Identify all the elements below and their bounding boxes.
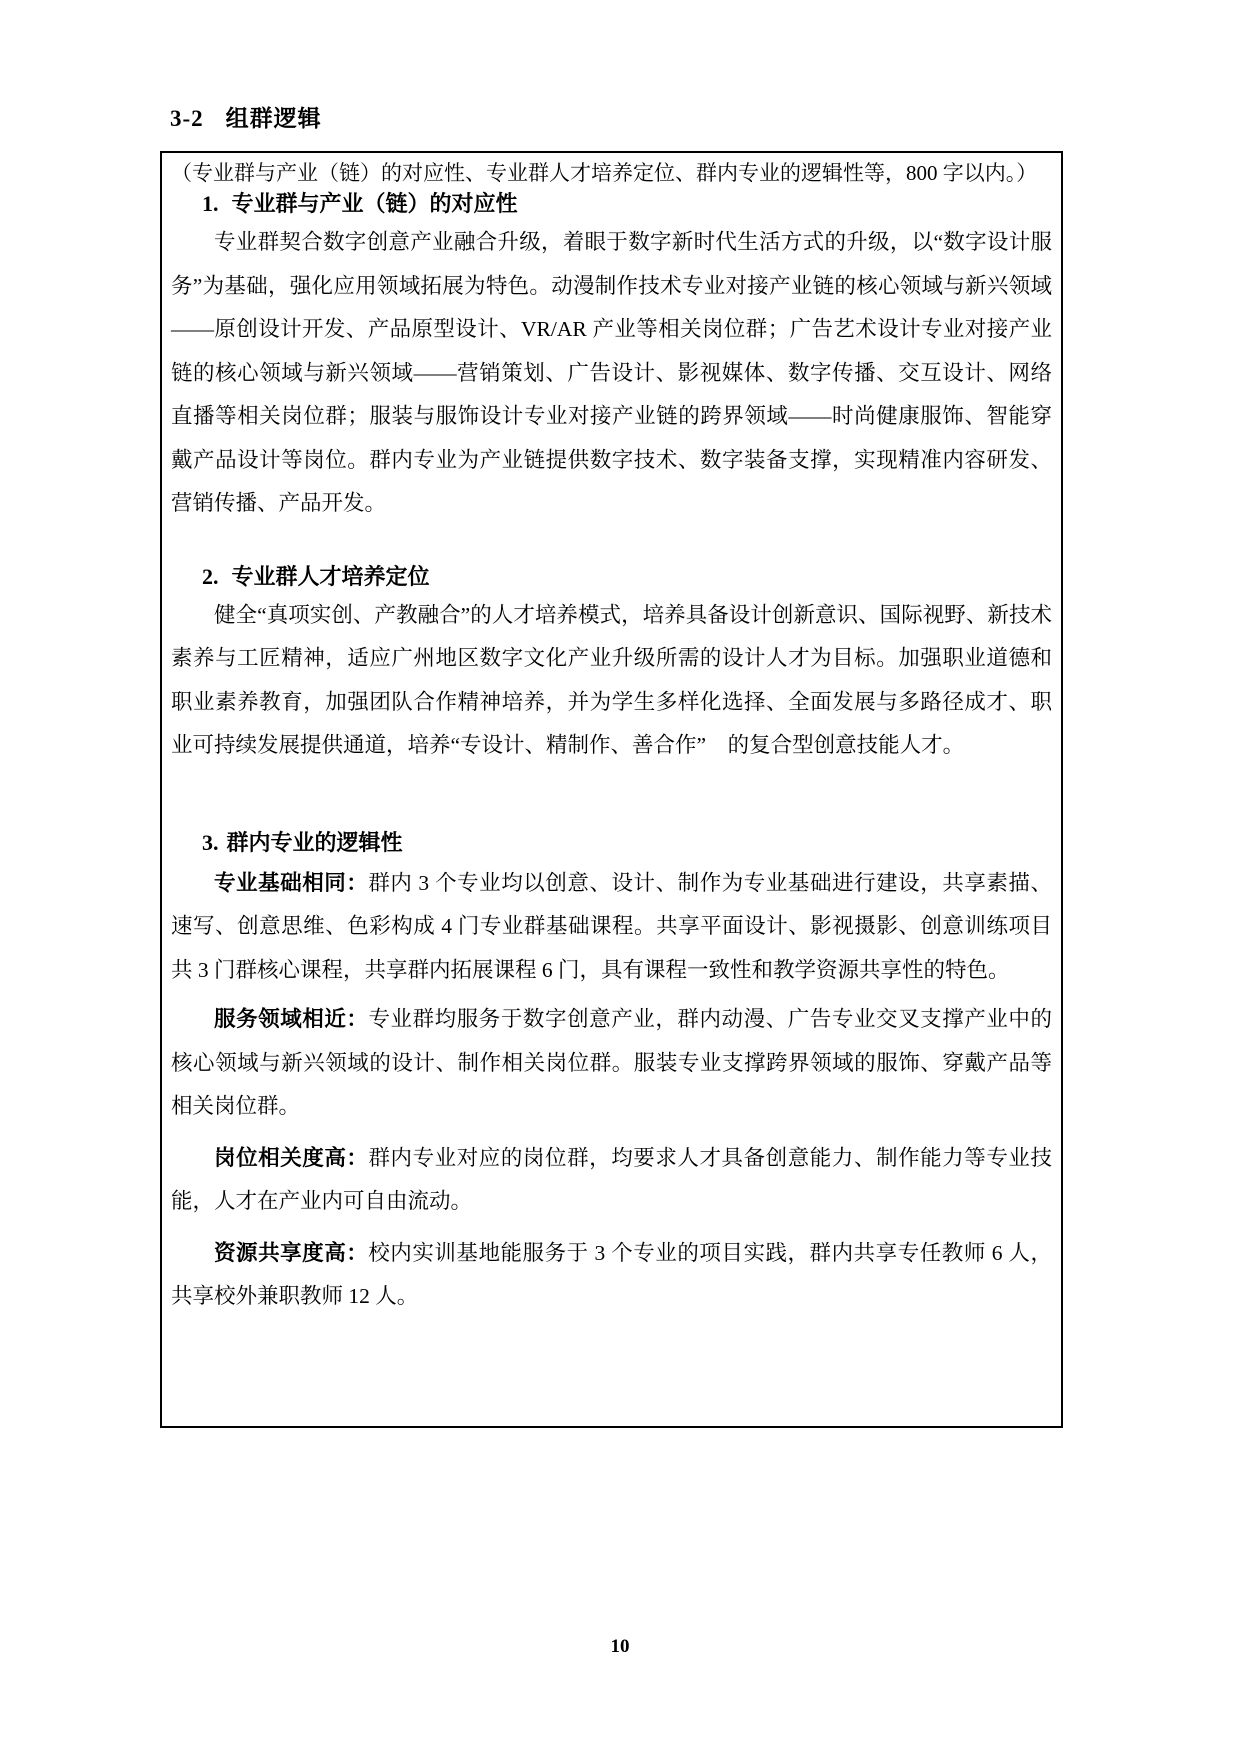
section-number: 3-2 xyxy=(170,106,204,131)
paragraph-job-relevance: 岗位相关度高：群内专业对应的岗位群，均要求人才具备创意能力、制作能力等专业技能，… xyxy=(171,1137,1052,1224)
paragraph-similar-service-fields: 服务领域相近：专业群均服务于数字创意产业，群内动漫、广告专业交叉支撑产业中的核心… xyxy=(171,998,1052,1129)
heading-number: 3. xyxy=(202,830,219,855)
form-hint-text: （专业群与产业（链）的对应性、专业群人才培养定位、群内专业的逻辑性等，800 字… xyxy=(171,158,1052,189)
heading-number: 1. xyxy=(202,191,219,216)
heading-group-logic: 3.群内专业的逻辑性 xyxy=(171,828,1052,858)
section-header: 3-2组群逻辑 xyxy=(170,100,322,133)
heading-industry-correspondence: 1.专业群与产业（链）的对应性 xyxy=(171,189,1052,219)
heading-text: 专业群人才培养定位 xyxy=(232,564,430,589)
paragraph-shared-foundation: 专业基础相同：群内 3 个专业均以创意、设计、制作为专业基础进行建设，共享素描、… xyxy=(171,862,1052,993)
heading-number: 2. xyxy=(202,564,219,589)
paragraph-industry-correspondence: 专业群契合数字创意产业融合升级，着眼于数字新时代生活方式的升级，以“数字设计服务… xyxy=(171,221,1052,526)
lead-label-similar-service-fields: 服务领域相近： xyxy=(214,1007,368,1031)
lead-label-resource-sharing: 资源共享度高： xyxy=(214,1241,368,1265)
heading-text: 群内专业的逻辑性 xyxy=(227,830,403,855)
lead-label-job-relevance: 岗位相关度高： xyxy=(214,1146,368,1170)
lead-label-shared-foundation: 专业基础相同： xyxy=(214,871,368,895)
paragraph-resource-sharing: 资源共享度高：校内实训基地能服务于 3 个专业的项目实践，群内共享专任教师 6 … xyxy=(171,1232,1052,1319)
section-title: 组群逻辑 xyxy=(226,106,322,131)
paragraph-talent-positioning: 健全“真项实创、产教融合”的人才培养模式，培养具备设计创新意识、国际视野、新技术… xyxy=(171,594,1052,768)
page-number: 10 xyxy=(0,1636,1240,1658)
form-box: （专业群与产业（链）的对应性、专业群人才培养定位、群内专业的逻辑性等，800 字… xyxy=(160,151,1063,1428)
heading-text: 专业群与产业（链）的对应性 xyxy=(232,191,518,216)
document-page: 3-2组群逻辑 （专业群与产业（链）的对应性、专业群人才培养定位、群内专业的逻辑… xyxy=(0,0,1240,1753)
heading-talent-positioning: 2.专业群人才培养定位 xyxy=(171,562,1052,592)
